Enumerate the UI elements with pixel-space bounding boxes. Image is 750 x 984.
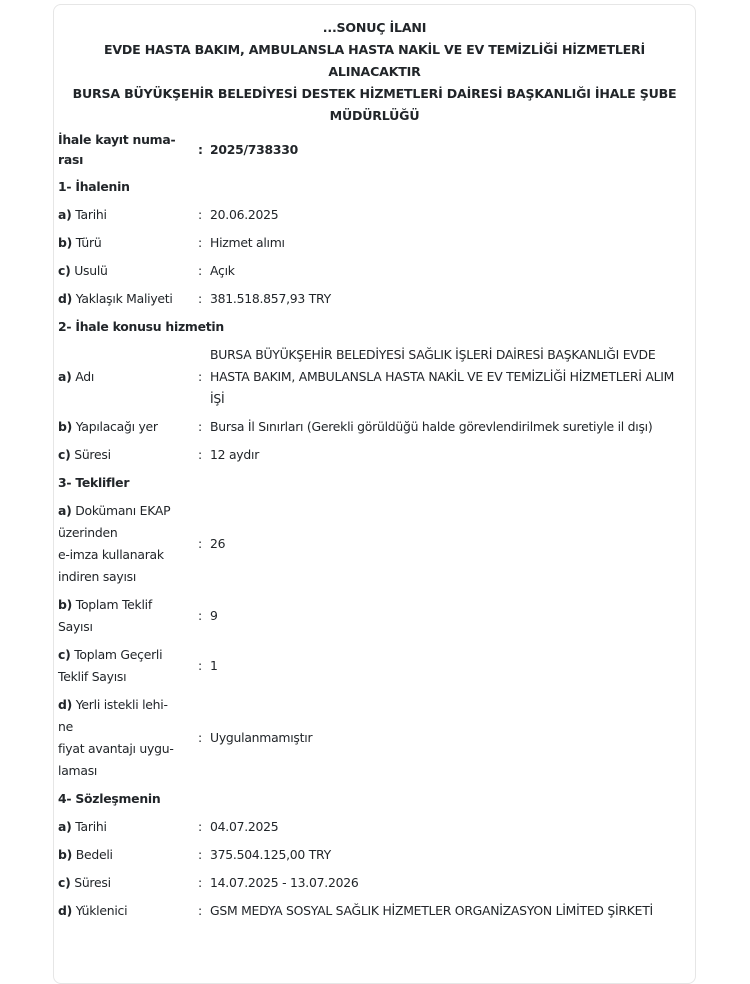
domestic-price-advantage: Uygulanmamıştır bbox=[210, 691, 690, 785]
total-bid-count: 9 bbox=[210, 591, 690, 641]
table-row: c) Toplam Geçerli Teklif Sayısı : 1 bbox=[58, 641, 690, 691]
contract-amount: 375.504.125,00 TRY bbox=[210, 841, 690, 869]
header-authority-line1: BURSA BÜYÜKŞEHİR BELEDİYESİ DESTEK HİZME… bbox=[54, 83, 695, 105]
table-row: a) Dokümanı EKAP üzerinden e-imza kullan… bbox=[58, 497, 690, 591]
table-row: a) Tarihi : 20.06.2025 bbox=[58, 201, 690, 229]
section2-title: 2- İhale konusu hizmetin bbox=[58, 313, 690, 341]
tender-date: 20.06.2025 bbox=[210, 201, 690, 229]
table-row: b) Türü : Hizmet alımı bbox=[58, 229, 690, 257]
colon: : bbox=[198, 127, 210, 173]
download-count: 26 bbox=[210, 497, 690, 591]
section1-title: 1- İhalenin bbox=[58, 173, 690, 201]
service-duration: 12 aydır bbox=[210, 441, 690, 469]
contract-date: 04.07.2025 bbox=[210, 813, 690, 841]
table-row: b) Bedeli : 375.504.125,00 TRY bbox=[58, 841, 690, 869]
table-row: c) Süresi : 12 aydır bbox=[58, 441, 690, 469]
table-row: c) Süresi : 14.07.2025 - 13.07.2026 bbox=[58, 869, 690, 897]
table-row: a) Tarihi : 04.07.2025 bbox=[58, 813, 690, 841]
header-subject-line1: EVDE HASTA BAKIM, AMBULANSLA HASTA NAKİL… bbox=[54, 39, 695, 61]
table-row: d) Yerli istekli lehi- ne fiyat avantajı… bbox=[58, 691, 690, 785]
announcement-header: ...SONUÇ İLANI EVDE HASTA BAKIM, AMBULAN… bbox=[54, 5, 695, 127]
valid-bid-count: 1 bbox=[210, 641, 690, 691]
section-heading: 1- İhalenin bbox=[58, 173, 690, 201]
table-row: c) Usulü : Açık bbox=[58, 257, 690, 285]
table-row: a) Adı : BURSA BÜYÜKŞEHİR BELEDİYESİ SAĞ… bbox=[58, 341, 690, 413]
header-subject-line2: ALINACAKTIR bbox=[54, 61, 695, 83]
estimated-cost: 381.518.857,93 TRY bbox=[210, 285, 690, 313]
registration-number: 2025/738330 bbox=[210, 127, 690, 173]
registration-row: İhale kayıt numa- rası : 2025/738330 bbox=[58, 127, 690, 173]
header-authority-line2: MÜDÜRLÜĞÜ bbox=[54, 105, 695, 127]
contractor-name: GSM MEDYA SOSYAL SAĞLIK HİZMETLER ORGANİ… bbox=[210, 897, 690, 925]
table-row: b) Toplam Teklif Sayısı : 9 bbox=[58, 591, 690, 641]
tender-type: Hizmet alımı bbox=[210, 229, 690, 257]
section3-title: 3- Teklifler bbox=[58, 469, 690, 497]
section-heading: 3- Teklifler bbox=[58, 469, 690, 497]
section-heading: 4- Sözleşmenin bbox=[58, 785, 690, 813]
table-row: d) Yaklaşık Maliyeti : 381.518.857,93 TR… bbox=[58, 285, 690, 313]
header-title: ...SONUÇ İLANI bbox=[54, 17, 695, 39]
tender-procedure: Açık bbox=[210, 257, 690, 285]
contract-duration: 14.07.2025 - 13.07.2026 bbox=[210, 869, 690, 897]
table-row: d) Yüklenici : GSM MEDYA SOSYAL SAĞLIK H… bbox=[58, 897, 690, 925]
table-row: b) Yapılacağı yer : Bursa İl Sınırları (… bbox=[58, 413, 690, 441]
section-heading: 2- İhale konusu hizmetin bbox=[58, 313, 690, 341]
section4-title: 4- Sözleşmenin bbox=[58, 785, 690, 813]
service-location: Bursa İl Sınırları (Gerekli görüldüğü ha… bbox=[210, 413, 690, 441]
announcement-table: İhale kayıt numa- rası : 2025/738330 1- … bbox=[58, 127, 690, 925]
registration-label: İhale kayıt numa- rası bbox=[58, 127, 198, 173]
service-name: BURSA BÜYÜKŞEHİR BELEDİYESİ SAĞLIK İŞLER… bbox=[210, 341, 690, 413]
announcement-card: ...SONUÇ İLANI EVDE HASTA BAKIM, AMBULAN… bbox=[53, 4, 696, 966]
